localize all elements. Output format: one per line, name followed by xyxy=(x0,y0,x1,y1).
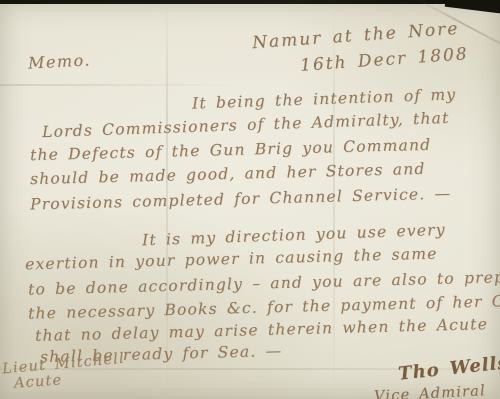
signature-title: Vice Admiral xyxy=(374,383,487,399)
fold-crease-horizontal xyxy=(0,84,240,86)
letter-body-line: It being the intention of my xyxy=(192,85,457,112)
letter-paper: Namur at the Nore 16th Decr 1808 Memo. I… xyxy=(0,0,500,399)
letter-date-line: 16th Decr 1808 xyxy=(300,44,470,76)
margin-addressee-ship: Acute xyxy=(14,372,63,391)
scan-edge-top xyxy=(0,0,500,4)
letter-body-line: the Defects of the Gun Brig you Command xyxy=(30,136,432,164)
scan-corner-notch xyxy=(445,0,500,14)
memo-label: Memo. xyxy=(28,50,92,72)
signature-name: Tho Wells xyxy=(397,352,500,384)
letter-body-line: exertion in your power in causing the sa… xyxy=(25,245,438,274)
letter-body-line: should be made good, and her Stores and xyxy=(30,160,426,188)
letter-body-line: Provisions completed for Channel Service… xyxy=(30,184,452,213)
